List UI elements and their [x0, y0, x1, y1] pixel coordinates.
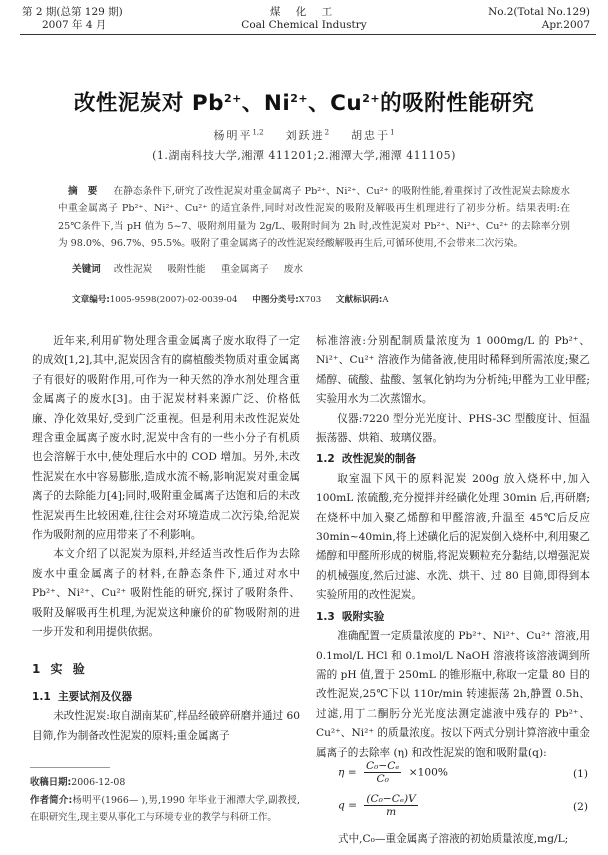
article-no-label: 文章编号: [72, 295, 110, 305]
date-en: Apr.2007 [488, 19, 590, 32]
article-metadata: 文章编号:1005-9598(2007)-02-0039-04 中图分类号:X7… [72, 293, 389, 305]
numerator: C₀−Cₑ [364, 760, 401, 773]
keyword: 改性泥炭 [114, 264, 152, 275]
equation-tail: ×100% [409, 767, 448, 779]
equation-lhs: η = [338, 767, 357, 779]
keywords: 关键词 改性泥炭 吸附性能 重金属离子 废水 [72, 261, 315, 275]
intro-paragraph-1: 近年来,利用矿物处理含重金属离子废水取得了一定的成效[1,2],其中,泥炭因含有… [32, 332, 300, 545]
author-list: 杨明平1,2 刘跃进2 胡忠于1 [0, 127, 608, 143]
title-ion-cu-charge: 2+ [362, 92, 380, 105]
section-heading-1-3: 1.3吸附实验 [316, 608, 590, 627]
abstract: 摘要在静态条件下,研究了改性泥炭对重金属离子 Pb²⁺、Ni²⁺、Cu²⁺ 的吸… [58, 183, 570, 252]
footnote: 收稿日期:2006-12-08 作者简介:杨明平(1966— ),男,1990 … [30, 774, 300, 827]
section-number: 1.1 [32, 688, 58, 707]
section-number: 1.3 [316, 608, 342, 627]
reagents-paragraph: 未改性泥炭:取自湖南某矿,样品经破碎研磨并通过 60 目筛,作为制备改性泥炭的原… [32, 707, 300, 746]
received-label: 收稿日期: [30, 777, 71, 788]
keyword: 废水 [284, 264, 303, 275]
header-right: No.2(Total No.129) Apr.2007 [488, 6, 590, 32]
equation-2: q = (C₀−Cₑ)Vm (2) [338, 793, 588, 818]
abstract-label: 摘要 [68, 186, 107, 197]
author-affiliation-mark: 2 [325, 128, 329, 136]
received-date: 收稿日期:2006-12-08 [30, 774, 300, 792]
equation-1: η = C₀−CₑC₀ ×100% (1) [338, 760, 588, 785]
abstract-text: 在静态条件下,研究了改性泥炭对重金属离子 Pb²⁺、Ni²⁺、Cu²⁺ 的吸附性… [58, 186, 570, 249]
article-no: 1005-9598(2007)-02-0039-04 [110, 295, 238, 305]
doc-code-label: 文献标识码: [336, 295, 382, 305]
author-affiliation-mark: 1 [390, 128, 394, 136]
title-ion-pb-charge: 2+ [224, 92, 242, 105]
affiliations: (1.湖南科技大学,湘潭 411201;2.湘潭大学,湘潭 411105) [0, 147, 608, 163]
section-heading-1-1: 1.1主要试剂及仪器 [32, 688, 300, 707]
title-suffix: 的吸附性能研究 [380, 91, 534, 116]
clc-code: X703 [299, 295, 322, 305]
section-title: 改性泥炭的制备 [342, 453, 416, 465]
footnote-rule [30, 767, 110, 768]
denominator: C₀ [364, 773, 401, 785]
keyword: 吸附性能 [167, 264, 205, 275]
right-column: 标准溶液:分别配制质量浓度为 1 000mg/L 的 Pb²⁺、Ni²⁺、Cu²… [316, 332, 590, 763]
title-ion-ni-charge: 2+ [290, 92, 308, 105]
keywords-label: 关键词 [72, 264, 101, 275]
clc-label: 中图分类号: [252, 295, 298, 305]
standard-solution-paragraph: 标准溶液:分别配制质量浓度为 1 000mg/L 的 Pb²⁺、Ni²⁺、Cu²… [316, 332, 590, 410]
preparation-paragraph: 取室温下风干的原料泥炭 200g 放入烧杯中,加入 100mL 浓硫酸,充分搅拌… [316, 470, 590, 606]
denominator: m [364, 806, 417, 818]
keyword: 重金属离子 [221, 264, 269, 275]
running-header: 第 2 期(总第 129 期) 2007 年 4 月 煤 化 工 Coal Ch… [0, 6, 608, 42]
author: 杨明平 [213, 129, 252, 142]
equation-lhs: q = [338, 800, 357, 812]
equation-number: (2) [573, 801, 588, 813]
equation-number: (1) [573, 768, 588, 780]
author-bio: 作者简介:杨明平(1966— ),男,1990 年毕业于湘潭大学,副教授,在职研… [30, 792, 300, 827]
title-sep: 、 [308, 91, 330, 116]
title-ion-cu: Cu [330, 91, 362, 116]
left-column: 近年来,利用矿物处理含重金属离子废水取得了一定的成效[1,2],其中,泥炭因含有… [32, 332, 300, 746]
author: 刘跃进 [286, 129, 325, 142]
title-ion-ni: Ni [264, 91, 290, 116]
title-prefix: 改性泥炭对 [74, 91, 192, 116]
section-title: 吸附实验 [342, 611, 384, 623]
section-number: 1.2 [316, 450, 342, 469]
author: 胡忠于 [351, 129, 390, 142]
received-value: 2006-12-08 [71, 777, 125, 788]
header-rule [20, 34, 596, 35]
intro-paragraph-2: 本文介绍了以泥炭为原料,并经适当改性后作为去除废水中重金属离子的材料,在静态条件… [32, 545, 300, 642]
adsorption-paragraph: 准确配置一定质量浓度的 Pb²⁺、Ni²⁺、Cu²⁺ 溶液,用 0.1mol/L… [316, 627, 590, 763]
doc-code: A [382, 295, 388, 305]
section-heading-1: 1 实 验 [32, 660, 300, 679]
title-sep: 、 [242, 91, 264, 116]
numerator: (C₀−Cₑ)V [364, 793, 417, 806]
section-title: 主要试剂及仪器 [58, 691, 132, 703]
author-affiliation-mark: 1,2 [252, 128, 263, 136]
fraction: C₀−CₑC₀ [364, 760, 401, 785]
instruments-paragraph: 仪器:7220 型分光光度计、PHS-3C 型酸度计、恒温振荡器、烘箱、玻璃仪器… [316, 410, 590, 449]
variable-definition: 式中,C₀—重金属离子溶液的初始质量浓度,mg/L; [338, 831, 568, 846]
paper-title: 改性泥炭对 Pb2+、Ni2+、Cu2+的吸附性能研究 [0, 86, 608, 117]
author-bio-label: 作者简介: [30, 795, 72, 806]
fraction: (C₀−Cₑ)Vm [364, 793, 417, 818]
title-ion-pb: Pb [192, 91, 224, 116]
section-heading-1-2: 1.2改性泥炭的制备 [316, 450, 590, 469]
issue-en: No.2(Total No.129) [488, 6, 590, 19]
